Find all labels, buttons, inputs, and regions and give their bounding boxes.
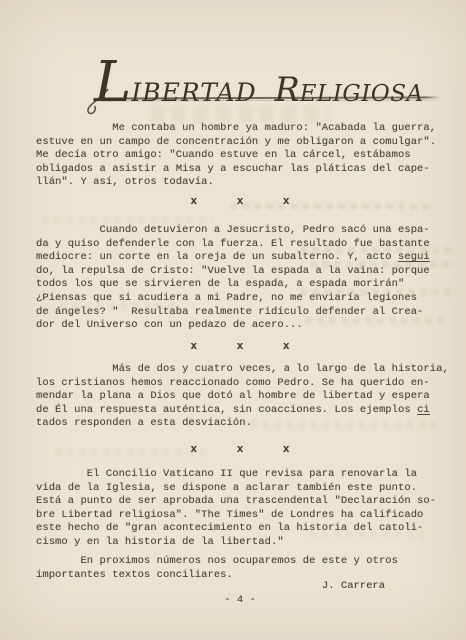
paragraph: Me contaba un hombre ya maduro: "Acabada…: [36, 122, 444, 190]
text-line: El Concilio Vaticano II que revisa para …: [36, 468, 444, 482]
text-line: obligados a asistir a Misa y a escuchar …: [36, 163, 444, 177]
bleedthrough-ghost: [230, 203, 435, 210]
author-signature: J. Carrera: [322, 580, 385, 592]
text-line: Me decía otro amigo: "Cuando estuve en l…: [36, 149, 444, 163]
paragraph: En proximos números nos ocuparemos de es…: [36, 555, 444, 582]
text-line: En proximos números nos ocuparemos de es…: [36, 555, 444, 569]
text-line: Me contaba un hombre ya maduro: "Acabada…: [36, 122, 444, 136]
bleedthrough-ghost: [250, 421, 440, 428]
text-line: Está a punto de ser aprobada una trascen…: [36, 495, 444, 509]
text-line: estuve en un campo de concentración y me…: [36, 136, 444, 150]
text-line: cismo y en la historia de la libertad.": [36, 536, 444, 550]
text-line: Cuando detuvieron a Jesucristo, Pedro sa…: [36, 224, 444, 238]
text-line: mendar la plana a Dios que dotó al hombr…: [36, 390, 444, 404]
text-line: vida de la Iglesia, se dispone a aclarar…: [36, 482, 444, 496]
text-line: bre Libertad religiosa". "The Times" de …: [36, 509, 444, 523]
bleedthrough-ghost: [60, 302, 180, 309]
text-line: Más de dos y cuatro veces, a lo largo de…: [36, 363, 444, 377]
section-separator: x x x: [36, 341, 444, 354]
text-line: llán". Y así, otros todavía.: [36, 176, 444, 190]
bleedthrough-ghost: [150, 106, 330, 122]
bleedthrough-ghost: [300, 289, 450, 296]
bleedthrough-ghost: [300, 247, 455, 254]
bleedthrough-ghost: [305, 317, 445, 324]
bleedthrough-ghost: [310, 261, 455, 268]
bleedthrough-ghost: [310, 531, 430, 538]
title-word-religiosa: Religiosa: [275, 70, 424, 109]
page-number: - 4 -: [36, 594, 444, 606]
text-line: de Él una respuesta auténtica, sin coacc…: [36, 404, 444, 418]
bleedthrough-ghost: [42, 217, 212, 224]
text-line: los cristianos hemos reaccionado como Pe…: [36, 377, 444, 391]
scanned-page: LibertadReligiosa Me contaba un hombre y…: [0, 0, 466, 640]
title-flourish-swirl: [82, 88, 116, 116]
bleedthrough-ghost: [55, 449, 205, 456]
underlined-syllable: ci: [417, 404, 430, 416]
